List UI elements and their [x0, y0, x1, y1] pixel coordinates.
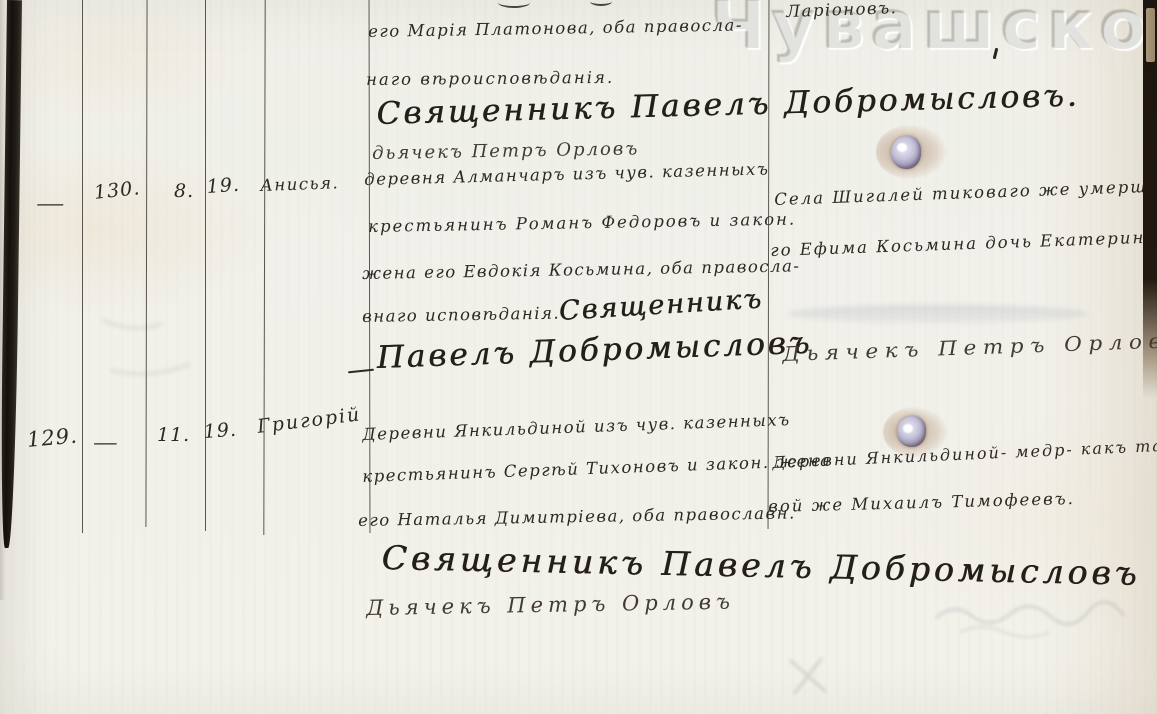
- punch-hole: [891, 136, 921, 169]
- priest-signature: Священникъ Павелъ Добромысловъ: [381, 538, 1141, 593]
- record-number-male-cell: 129.: [26, 424, 79, 452]
- bleed-through-mark: [782, 652, 842, 702]
- table-column-divider: [205, 0, 206, 531]
- handwriting-godparents-line: Деревни Янкильдиной- медр- какъ тако: [772, 435, 1157, 472]
- baptism-day-cell: 19.: [206, 174, 241, 198]
- birth-day-cell: 8.: [174, 180, 194, 202]
- record-number-male-cell: —: [36, 193, 66, 215]
- handwriting-godparents-line: го Ефима Косьмина дочь Екатерина.: [770, 227, 1157, 260]
- punch-hole-highlight: [897, 143, 907, 152]
- handwriting-parents-line: внаго исповѣданія.: [362, 304, 560, 326]
- clerk-signature: дьячекъ Петръ Орловъ: [372, 138, 639, 164]
- birth-day-cell: 11.: [157, 424, 190, 446]
- handwriting-parents-line: наго вѣроисповѣданія.: [366, 68, 614, 89]
- record-number-female-cell: 130.: [93, 177, 141, 204]
- archive-watermark: Чувашской: [710, 0, 1157, 65]
- handwriting-godparents-line: вой же Михаилъ Тимофеевъ.: [768, 489, 1075, 516]
- ink-bleed-streak: [788, 305, 1088, 323]
- handwriting-parents-line: Деревни Янкильдиной изъ чув. казенныхъ: [362, 410, 791, 444]
- baptism-day-cell: 19.: [203, 419, 238, 443]
- clerk-signature: Дьячекъ Петръ Орловъ: [782, 328, 1157, 366]
- handwriting-godparents-line: Села Шигалей тиковаго же умерша-: [774, 176, 1157, 209]
- handwriting-parents-line: его Наталья Димитріева, оба православн.: [358, 503, 796, 530]
- baptized-name-cell: Анисья.: [260, 173, 340, 195]
- priest-signature: Священникъ: [558, 284, 764, 327]
- bleed-through-squiggle: [930, 586, 1140, 644]
- table-column-divider: [82, 0, 83, 533]
- handwriting-parents-line: деревня Алманчаръ изъ чув. казенныхъ: [364, 159, 770, 189]
- handwriting-parents-line: крестьянинъ Сергѣй Тихоновъ и закон. жен…: [362, 451, 832, 486]
- table-column-divider: [145, 0, 147, 527]
- register-page-scan: Чувашской Р его Марія Платонова, оба пра…: [0, 0, 1157, 714]
- record-number-female-cell: —: [93, 432, 119, 454]
- baptized-name-cell: Григорій: [256, 403, 362, 438]
- bleed-through-faint: [90, 300, 230, 420]
- table-column-divider: [263, 0, 265, 535]
- punch-hole-highlight: [903, 424, 913, 433]
- adjacent-page-fragment: [1146, 8, 1155, 62]
- cropped-stroke-fragment: [498, 0, 530, 8]
- priest-signature: Павелъ Добромысловъ: [376, 325, 813, 376]
- cropped-stroke-fragment: [590, 0, 612, 6]
- handwriting-parents-line: жена его Евдокія Косьмина, оба правосла-: [362, 256, 801, 283]
- clerk-signature: Дьячекъ Петръ Орловъ: [366, 590, 735, 620]
- handwriting-parents-line: крестьянинъ Романъ Федоровъ и закон.: [368, 210, 796, 236]
- handwriting-parents-line: его Марія Платонова, оба правосла-: [368, 15, 743, 41]
